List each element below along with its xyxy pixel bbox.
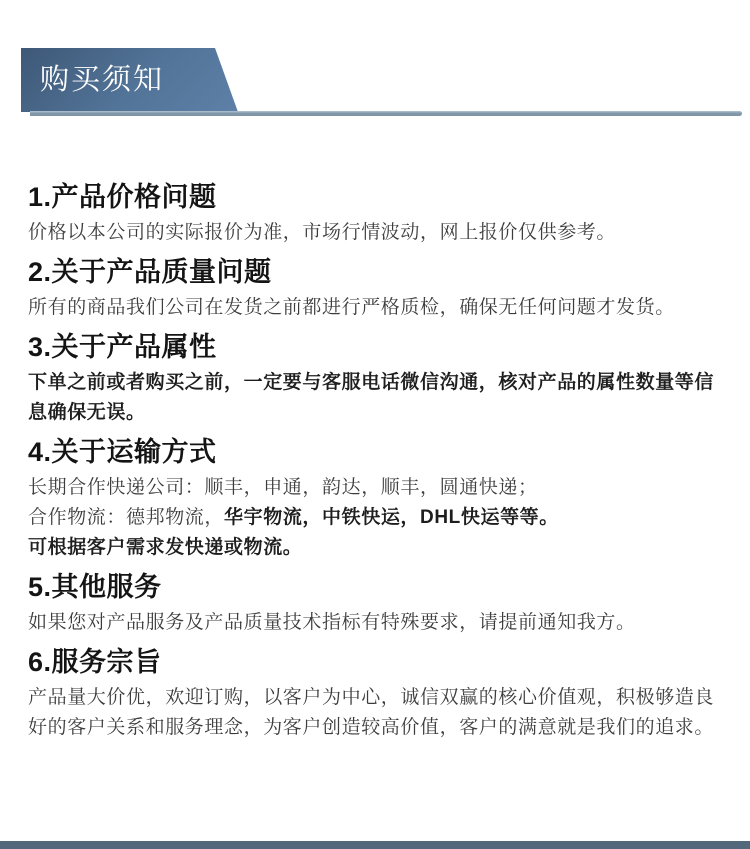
body-text: 华宇物流，中铁快运，DHL快运等等。 <box>224 507 559 528</box>
section-body-line: 所有的商品我们公司在发货之前都进行严格质检，确保无任何问题才发货。 <box>28 293 722 323</box>
body-text: 合作物流：德邦物流， <box>28 507 224 528</box>
body-text: 如果您对产品服务及产品质量技术指标有特殊要求，请提前通知我方。 <box>28 612 636 633</box>
section-body-line: 长期合作快递公司：顺丰，申通，韵达，顺丰，圆通快递； <box>28 473 722 503</box>
footer-bar <box>0 841 750 849</box>
body-text: 价格以本公司的实际报价为准，市场行情波动，网上报价仅供参考。 <box>28 222 616 243</box>
notice-content: 1.产品价格问题 价格以本公司的实际报价为准，市场行情波动，网上报价仅供参考。 … <box>0 117 750 751</box>
header-rule-line <box>30 111 742 116</box>
section-header-badge: 购买须知 <box>21 48 238 112</box>
section-heading: 4.关于运输方式 <box>28 436 722 469</box>
body-text: 长期合作快递公司：顺丰，申通，韵达，顺丰，圆通快递； <box>28 477 538 498</box>
section-body-line: 产品量大价优，欢迎订购，以客户为中心，诚信双赢的核心价值观，积极够造良好的客户关… <box>28 683 722 743</box>
section-heading: 3.关于产品属性 <box>28 331 722 364</box>
section-body-line: 合作物流：德邦物流，华宇物流，中铁快运，DHL快运等等。 <box>28 503 722 533</box>
body-text: 所有的商品我们公司在发货之前都进行严格质检，确保无任何问题才发货。 <box>28 297 675 318</box>
notice-section-quality: 2.关于产品质量问题 所有的商品我们公司在发货之前都进行严格质检，确保无任何问题… <box>28 256 722 323</box>
section-heading: 2.关于产品质量问题 <box>28 256 722 289</box>
section-heading: 5.其他服务 <box>28 571 722 604</box>
body-text: 下单之前或者购买之前，一定要与客服电话微信沟通，核对产品的属性数量等信息确保无误… <box>28 372 714 423</box>
notice-section-shipping: 4.关于运输方式 长期合作快递公司：顺丰，申通，韵达，顺丰，圆通快递； 合作物流… <box>28 436 722 563</box>
section-body-line: 下单之前或者购买之前，一定要与客服电话微信沟通，核对产品的属性数量等信息确保无误… <box>28 368 722 428</box>
body-text: 产品量大价优，欢迎订购，以客户为中心，诚信双赢的核心价值观，积极够造良好的客户关… <box>28 687 714 738</box>
section-heading: 6.服务宗旨 <box>28 646 722 679</box>
section-body-line: 可根据客户需求发快递或物流。 <box>28 533 722 563</box>
section-heading: 1.产品价格问题 <box>28 181 722 214</box>
notice-section-other-services: 5.其他服务 如果您对产品服务及产品质量技术指标有特殊要求，请提前通知我方。 <box>28 571 722 638</box>
notice-section-attributes: 3.关于产品属性 下单之前或者购买之前，一定要与客服电话微信沟通，核对产品的属性… <box>28 331 722 428</box>
notice-section-price: 1.产品价格问题 价格以本公司的实际报价为准，市场行情波动，网上报价仅供参考。 <box>28 181 722 248</box>
section-body-line: 价格以本公司的实际报价为准，市场行情波动，网上报价仅供参考。 <box>28 218 722 248</box>
section-body-line: 如果您对产品服务及产品质量技术指标有特殊要求，请提前通知我方。 <box>28 608 722 638</box>
section-header-label: 购买须知 <box>21 66 164 95</box>
purchase-notice-page: 购买须知 1.产品价格问题 价格以本公司的实际报价为准，市场行情波动，网上报价仅… <box>0 0 750 849</box>
body-text: 可根据客户需求发快递或物流。 <box>28 537 302 558</box>
notice-section-service-purpose: 6.服务宗旨 产品量大价优，欢迎订购，以客户为中心，诚信双赢的核心价值观，积极够… <box>28 646 722 743</box>
